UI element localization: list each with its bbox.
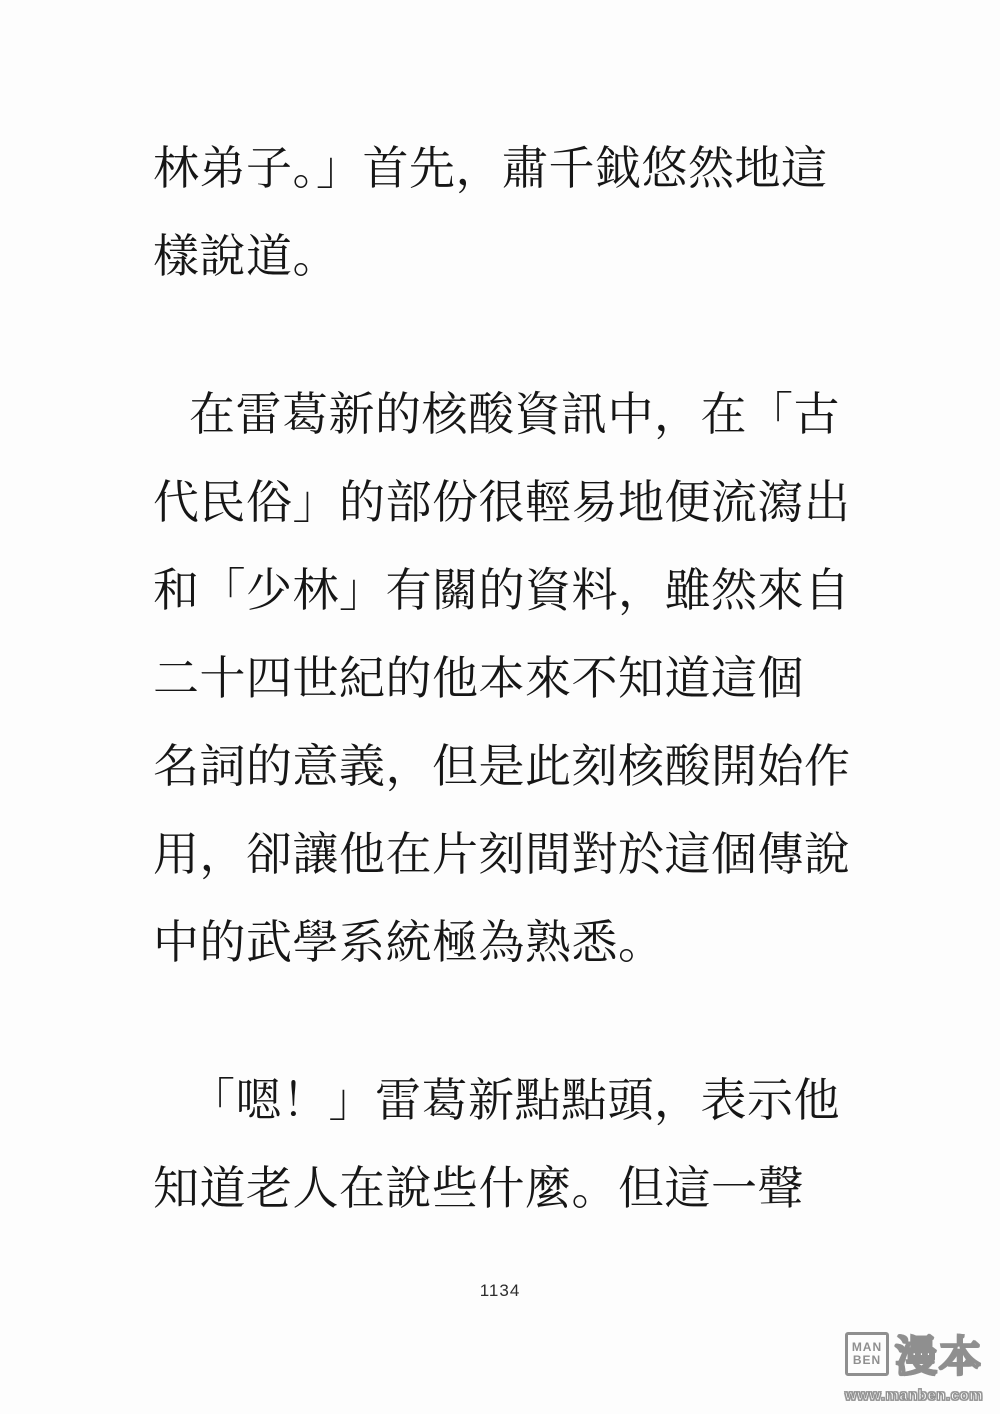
text-line: 用，卻讓他在片刻間對於這個傳說 bbox=[153, 810, 865, 898]
text-line: 林弟子。」首先，肅千鉞悠然地這 bbox=[153, 124, 865, 212]
text-line: 名詞的意義，但是此刻核酸開始作 bbox=[153, 722, 865, 810]
text-line: 二十四世紀的他本來不知道這個 bbox=[153, 634, 865, 722]
page-number: 1134 bbox=[0, 1281, 1000, 1301]
logo-acronym-bottom: BEN bbox=[853, 1354, 881, 1367]
manben-logo-name: 漫本 bbox=[895, 1324, 983, 1384]
manben-logo-row: MAN BEN 漫本 bbox=[840, 1324, 988, 1384]
paragraph: 林弟子。」首先，肅千鉞悠然地這 樣說道。 bbox=[153, 124, 865, 300]
manben-logo-icon: MAN BEN bbox=[845, 1332, 889, 1376]
page-text: 林弟子。」首先，肅千鉞悠然地這 樣說道。 在雷葛新的核酸資訊中，在「古 代民俗」… bbox=[153, 124, 865, 1232]
text-line: 和「少林」有關的資料，雖然來自 bbox=[153, 546, 865, 634]
text-line: 知道老人在說些什麼。但這一聲 bbox=[153, 1144, 865, 1232]
text-line: 「嗯！」雷葛新點點頭，表示他 bbox=[153, 1056, 865, 1144]
text-line: 樣說道。 bbox=[153, 212, 865, 300]
manben-watermark: MAN BEN 漫本 www.manben.com bbox=[840, 1324, 988, 1404]
paragraph: 在雷葛新的核酸資訊中，在「古 代民俗」的部份很輕易地便流瀉出 和「少林」有關的資… bbox=[153, 370, 865, 986]
paragraph: 「嗯！」雷葛新點點頭，表示他 知道老人在說些什麼。但這一聲 bbox=[153, 1056, 865, 1232]
book-page: 林弟子。」首先，肅千鉞悠然地這 樣說道。 在雷葛新的核酸資訊中，在「古 代民俗」… bbox=[0, 0, 1000, 1414]
text-line: 代民俗」的部份很輕易地便流瀉出 bbox=[153, 458, 865, 546]
text-line: 中的武學系統極為熟悉。 bbox=[153, 898, 865, 986]
manben-site-url: www.manben.com bbox=[840, 1387, 988, 1404]
text-line: 在雷葛新的核酸資訊中，在「古 bbox=[153, 370, 865, 458]
